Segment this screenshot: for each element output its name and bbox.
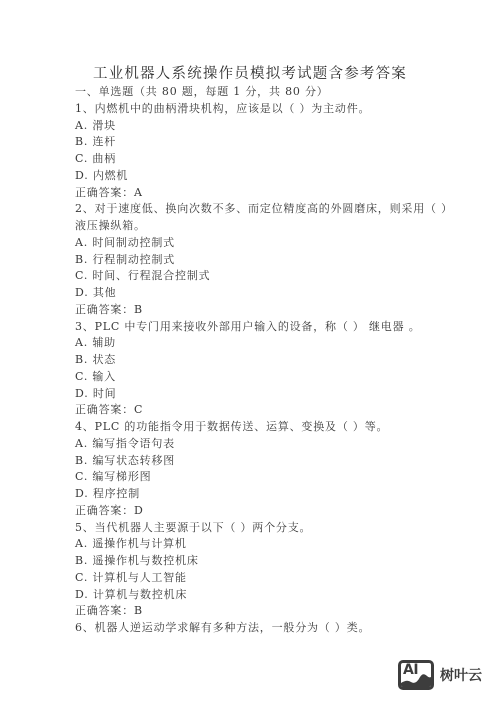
correct-answer: 正确答案：B bbox=[75, 603, 455, 620]
question-4: 4、PLC 的功能指令用于数据传送、运算、变换及（ ）等。 A. 编写指令语句表… bbox=[75, 419, 455, 520]
document-title: 工业机器人系统操作员模拟考试题含参考答案 bbox=[0, 62, 500, 83]
correct-answer: 正确答案：C bbox=[75, 402, 455, 419]
option-a: A. 滑块 bbox=[75, 118, 455, 135]
option-a: A. 辅助 bbox=[75, 335, 455, 352]
question-1: 1、内燃机中的曲柄滑块机构，应该是以（ ）为主动件。 A. 滑块 B. 连杆 C… bbox=[75, 101, 455, 202]
correct-answer: 正确答案：A bbox=[75, 185, 455, 202]
correct-answer: 正确答案：B bbox=[75, 302, 455, 319]
option-a: A. 编写指令语句表 bbox=[75, 436, 455, 453]
option-c: C. 曲柄 bbox=[75, 151, 455, 168]
question-stem: 6、机器人逆运动学求解有多种方法，一般分为（ ）类。 bbox=[75, 620, 455, 637]
option-c: C. 计算机与人工智能 bbox=[75, 570, 455, 587]
option-a: A. 遥操作机与计算机 bbox=[75, 536, 455, 553]
option-b: B. 遥操作机与数控机床 bbox=[75, 553, 455, 570]
image-landscape-icon bbox=[401, 663, 431, 687]
document-page: 工业机器人系统操作员模拟考试题含参考答案 一、单选题（共 80 题，每题 1 分… bbox=[0, 0, 500, 707]
question-6: 6、机器人逆运动学求解有多种方法，一般分为（ ）类。 bbox=[75, 620, 455, 637]
watermark: AI 树叶云 bbox=[398, 660, 482, 690]
question-3: 3、PLC 中专门用来接收外部用户输入的设备，称（ ） 继电器 。 A. 辅助 … bbox=[75, 319, 455, 420]
option-d: D. 内燃机 bbox=[75, 168, 455, 185]
option-d: D. 时间 bbox=[75, 386, 455, 403]
option-b: B. 行程制动控制式 bbox=[75, 252, 455, 269]
ai-logo-icon: AI bbox=[398, 660, 434, 690]
option-b: B. 连杆 bbox=[75, 134, 455, 151]
option-d: D. 计算机与数控机床 bbox=[75, 587, 455, 604]
question-2: 2、对于速度低、换向次数不多、而定位精度高的外圆磨床，则采用（ ） 液压操纵箱。… bbox=[75, 201, 455, 318]
option-c: C. 时间、行程混合控制式 bbox=[75, 268, 455, 285]
option-b: B. 状态 bbox=[75, 352, 455, 369]
option-d: D. 程序控制 bbox=[75, 486, 455, 503]
question-stem: 1、内燃机中的曲柄滑块机构，应该是以（ ）为主动件。 bbox=[75, 101, 455, 118]
option-a: A. 时间制动控制式 bbox=[75, 235, 455, 252]
correct-answer: 正确答案：D bbox=[75, 503, 455, 520]
question-5: 5、当代机器人主要源于以下（ ）两个分支。 A. 遥操作机与计算机 B. 遥操作… bbox=[75, 520, 455, 621]
option-c: C. 输入 bbox=[75, 369, 455, 386]
question-stem: 3、PLC 中专门用来接收外部用户输入的设备，称（ ） 继电器 。 bbox=[75, 319, 455, 336]
document-body: 一、单选题（共 80 题，每题 1 分，共 80 分） 1、内燃机中的曲柄滑块机… bbox=[75, 84, 455, 637]
question-stem: 4、PLC 的功能指令用于数据传送、运算、变换及（ ）等。 bbox=[75, 419, 455, 436]
option-c: C. 编写梯形图 bbox=[75, 469, 455, 486]
question-stem-continued: 液压操纵箱。 bbox=[75, 218, 455, 235]
section-heading: 一、单选题（共 80 题，每题 1 分，共 80 分） bbox=[75, 84, 455, 101]
brand-name: 树叶云 bbox=[440, 665, 482, 685]
option-d: D. 其他 bbox=[75, 285, 455, 302]
option-b: B. 编写状态转移图 bbox=[75, 453, 455, 470]
question-stem: 2、对于速度低、换向次数不多、而定位精度高的外圆磨床，则采用（ ） bbox=[75, 201, 455, 218]
question-stem: 5、当代机器人主要源于以下（ ）两个分支。 bbox=[75, 520, 455, 537]
